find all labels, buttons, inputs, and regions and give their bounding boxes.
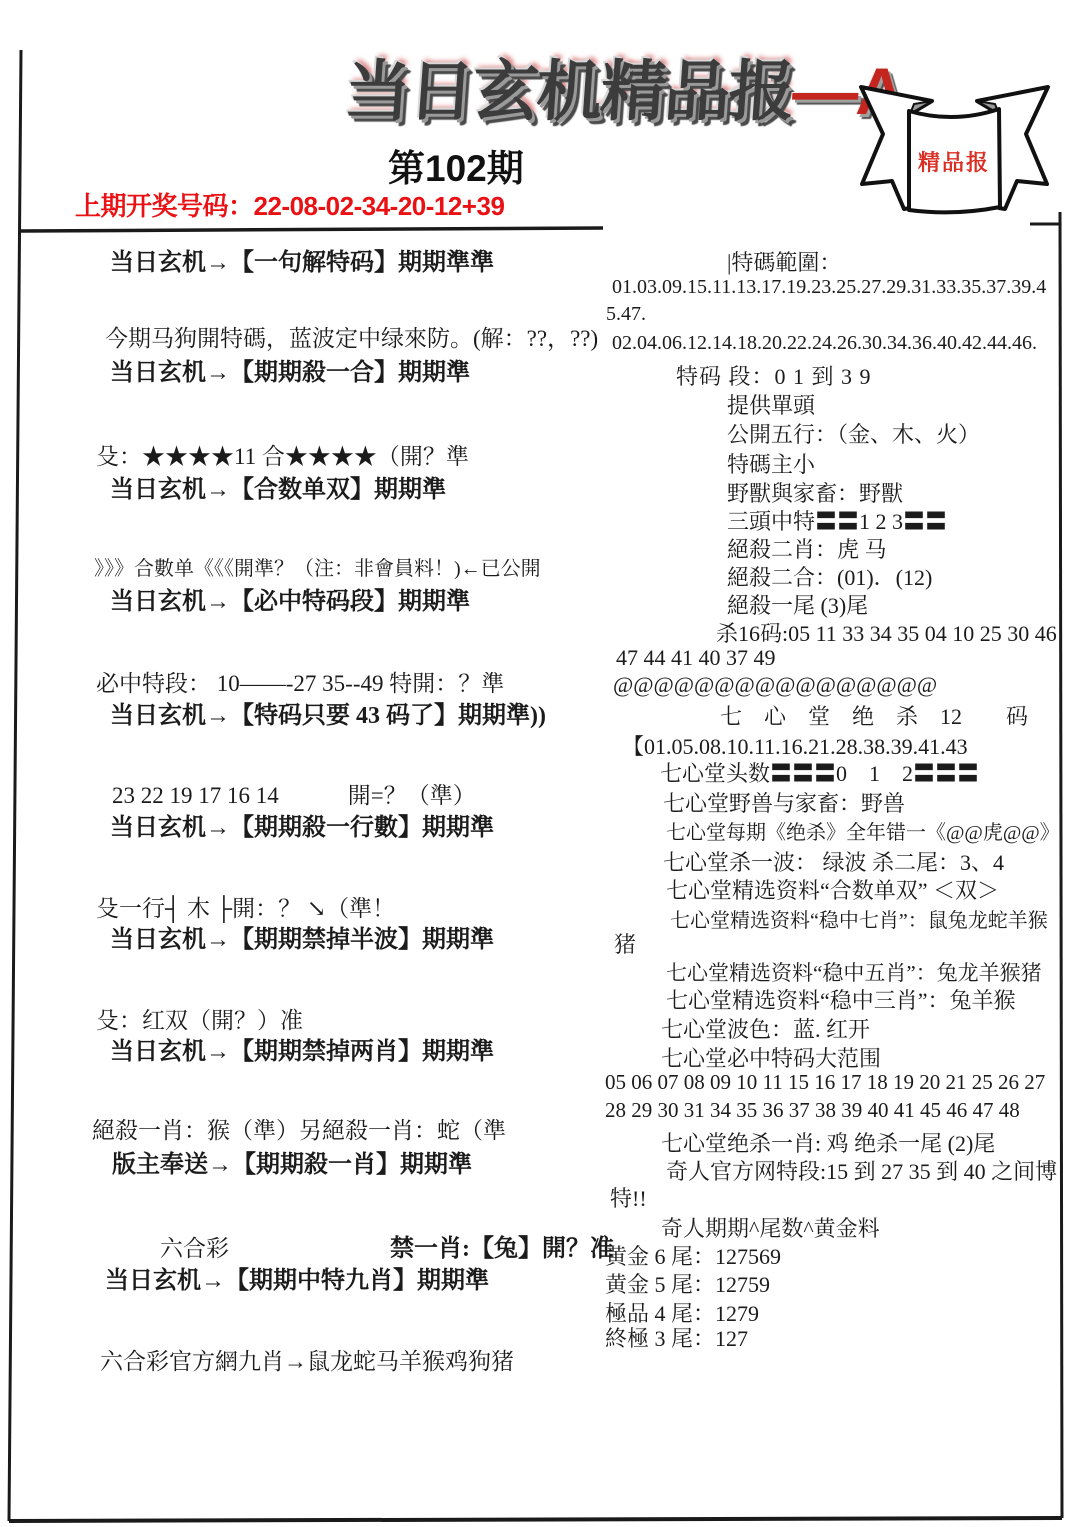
left-line: 絕殺一肖：猴（準）另絕殺一肖：蛇（準 xyxy=(92,1112,506,1145)
right-line: 47 44 41 40 37 49 xyxy=(616,645,776,671)
right-line: 七心堂头数〓〓〓0 1 2〓〓〓 xyxy=(660,757,979,788)
left-line: 必中特段： 10——-27 35--49 特開：？準 xyxy=(96,665,504,698)
right-line: 七心堂绝杀一肖: 鸡 绝杀一尾 (2)尾 xyxy=(661,1127,995,1158)
right-line: 02.04.06.12.14.18.20.22.24.26.30.34.36.4… xyxy=(612,332,1037,355)
right-line: 奇人期期^尾数^黄金料 xyxy=(661,1212,880,1243)
left-line: 当日玄机→【期期禁掉半波】期期準 xyxy=(110,919,494,954)
left-line: 禁一肖:【兔】開？准 xyxy=(390,1228,614,1263)
right-line: 終極 3 尾：127 xyxy=(605,1322,748,1353)
right-line: |特碼範圍： xyxy=(727,246,841,277)
right-line: 特!! xyxy=(610,1182,647,1213)
right-line: 猪 xyxy=(614,928,636,959)
left-line: 今期马狗開特碼，蓝波定中绿來防。(解：??，??) xyxy=(105,320,598,353)
left-line: 》》》合數单《《《開準？（注：非會員料！)←已公開 xyxy=(94,552,541,581)
right-line: 絕殺一尾 (3)尾 xyxy=(727,589,868,620)
right-line: 28 29 30 31 34 35 36 37 38 39 40 41 45 4… xyxy=(605,1098,1020,1123)
left-line: 当日玄机→【期期禁掉两肖】期期準 xyxy=(110,1031,494,1066)
right-line: 黄金 6 尾：127569 xyxy=(605,1240,781,1271)
left-line: 23 22 19 17 16 14 開=？（準） xyxy=(112,777,476,810)
right-line: 七心堂精选资料“稳中七肖”：鼠兔龙蛇羊猴 xyxy=(670,904,1048,933)
left-line: 六合彩 xyxy=(160,1230,229,1263)
left-line: 殳：★★★★11 合★★★★（開？準 xyxy=(96,438,469,471)
right-line: 三頭中特〓〓1 2 3〓〓 xyxy=(727,505,947,536)
right-line: 絕殺二肖：虎 马 xyxy=(727,533,887,564)
right-line: 七 心 堂 绝 杀 12 码 xyxy=(720,700,1028,731)
masthead-title-main: 当日玄机精品报 xyxy=(342,54,795,128)
right-line: 七心堂野兽与家畜：野兽 xyxy=(663,787,905,818)
right-line: 公開五行：（金、木、火） xyxy=(727,418,980,449)
right-line: 七心堂精选资料“合数单双” ＜双＞ xyxy=(666,874,999,905)
left-line: 六合彩官方網九肖→鼠龙蛇马羊猴鸡狗猪 xyxy=(100,1343,514,1376)
right-line: 提供單頭 xyxy=(727,389,815,420)
right-line: 01.03.09.15.11.13.17.19.23.25.27.29.31.3… xyxy=(612,276,1046,299)
left-line: 当日玄机→【期期殺一行數】期期準 xyxy=(110,807,494,842)
right-line: 七心堂精选资料“稳中五肖”：兔龙羊猴猪 xyxy=(666,957,1042,987)
award-ribbon-icon: 精品报 xyxy=(848,58,1080,243)
right-line: 七心堂精选资料“稳中三肖”：兔羊猴 xyxy=(666,984,1016,1015)
right-line: 七心堂杀一波： 绿波 杀二尾：3、4 xyxy=(663,846,1004,877)
left-line: 当日玄机→【特码只要 43 码了】期期準)) xyxy=(110,695,546,730)
right-line: 05 06 07 08 09 10 11 15 16 17 18 19 20 2… xyxy=(605,1070,1045,1095)
left-line: 当日玄机→【合数单双】期期準 xyxy=(110,469,446,504)
right-line: 野獸與家畜：野獸 xyxy=(727,477,903,508)
left-line: 当日玄机→【必中特码段】期期準 xyxy=(110,581,470,616)
left-line: 当日玄机→【一句解特码】期期準準 xyxy=(110,242,494,277)
right-line: @@@@@@@@@@@@@@@@ xyxy=(613,672,937,698)
left-line: 当日玄机→【期期殺一合】期期準 xyxy=(110,352,470,387)
right-line: 特碼主小 xyxy=(727,448,815,479)
issue-number: 第102期 xyxy=(388,138,524,192)
last-draw-numbers: 上期开奖号码：22-08-02-34-20-12+39 xyxy=(75,186,504,223)
right-line: 絕殺二合：(01)．(12) xyxy=(727,561,932,592)
left-line: 版主奉送→【期期殺一肖】期期準 xyxy=(112,1144,472,1179)
left-line: 当日玄机→【期期中特九肖】期期準 xyxy=(105,1260,489,1295)
right-line: 特码 段：0 1 到 3 9 xyxy=(676,360,872,391)
ribbon-label: 精品报 xyxy=(918,150,990,175)
right-line: 七心堂波色：蓝. 红开 xyxy=(661,1013,870,1044)
right-line: 七心堂每期《绝杀》全年错一《@@虎@@》 xyxy=(666,816,1060,845)
newspaper-page: 当日玄机精品报—A 第102期 上期开奖号码：22-08-02-34-20-12… xyxy=(0,0,1080,1527)
right-line: 5.47. xyxy=(606,303,646,326)
masthead-title: 当日玄机精品报—A xyxy=(342,38,906,133)
right-line: 奇人官方网特段:15 到 27 35 到 40 之间博 xyxy=(666,1155,1057,1186)
right-line: 七心堂必中特码大范围 xyxy=(661,1042,881,1073)
right-line: 黄金 5 尾：12759 xyxy=(605,1268,770,1299)
right-line: 杀16码:05 11 33 34 35 04 10 25 30 46 xyxy=(716,617,1057,648)
